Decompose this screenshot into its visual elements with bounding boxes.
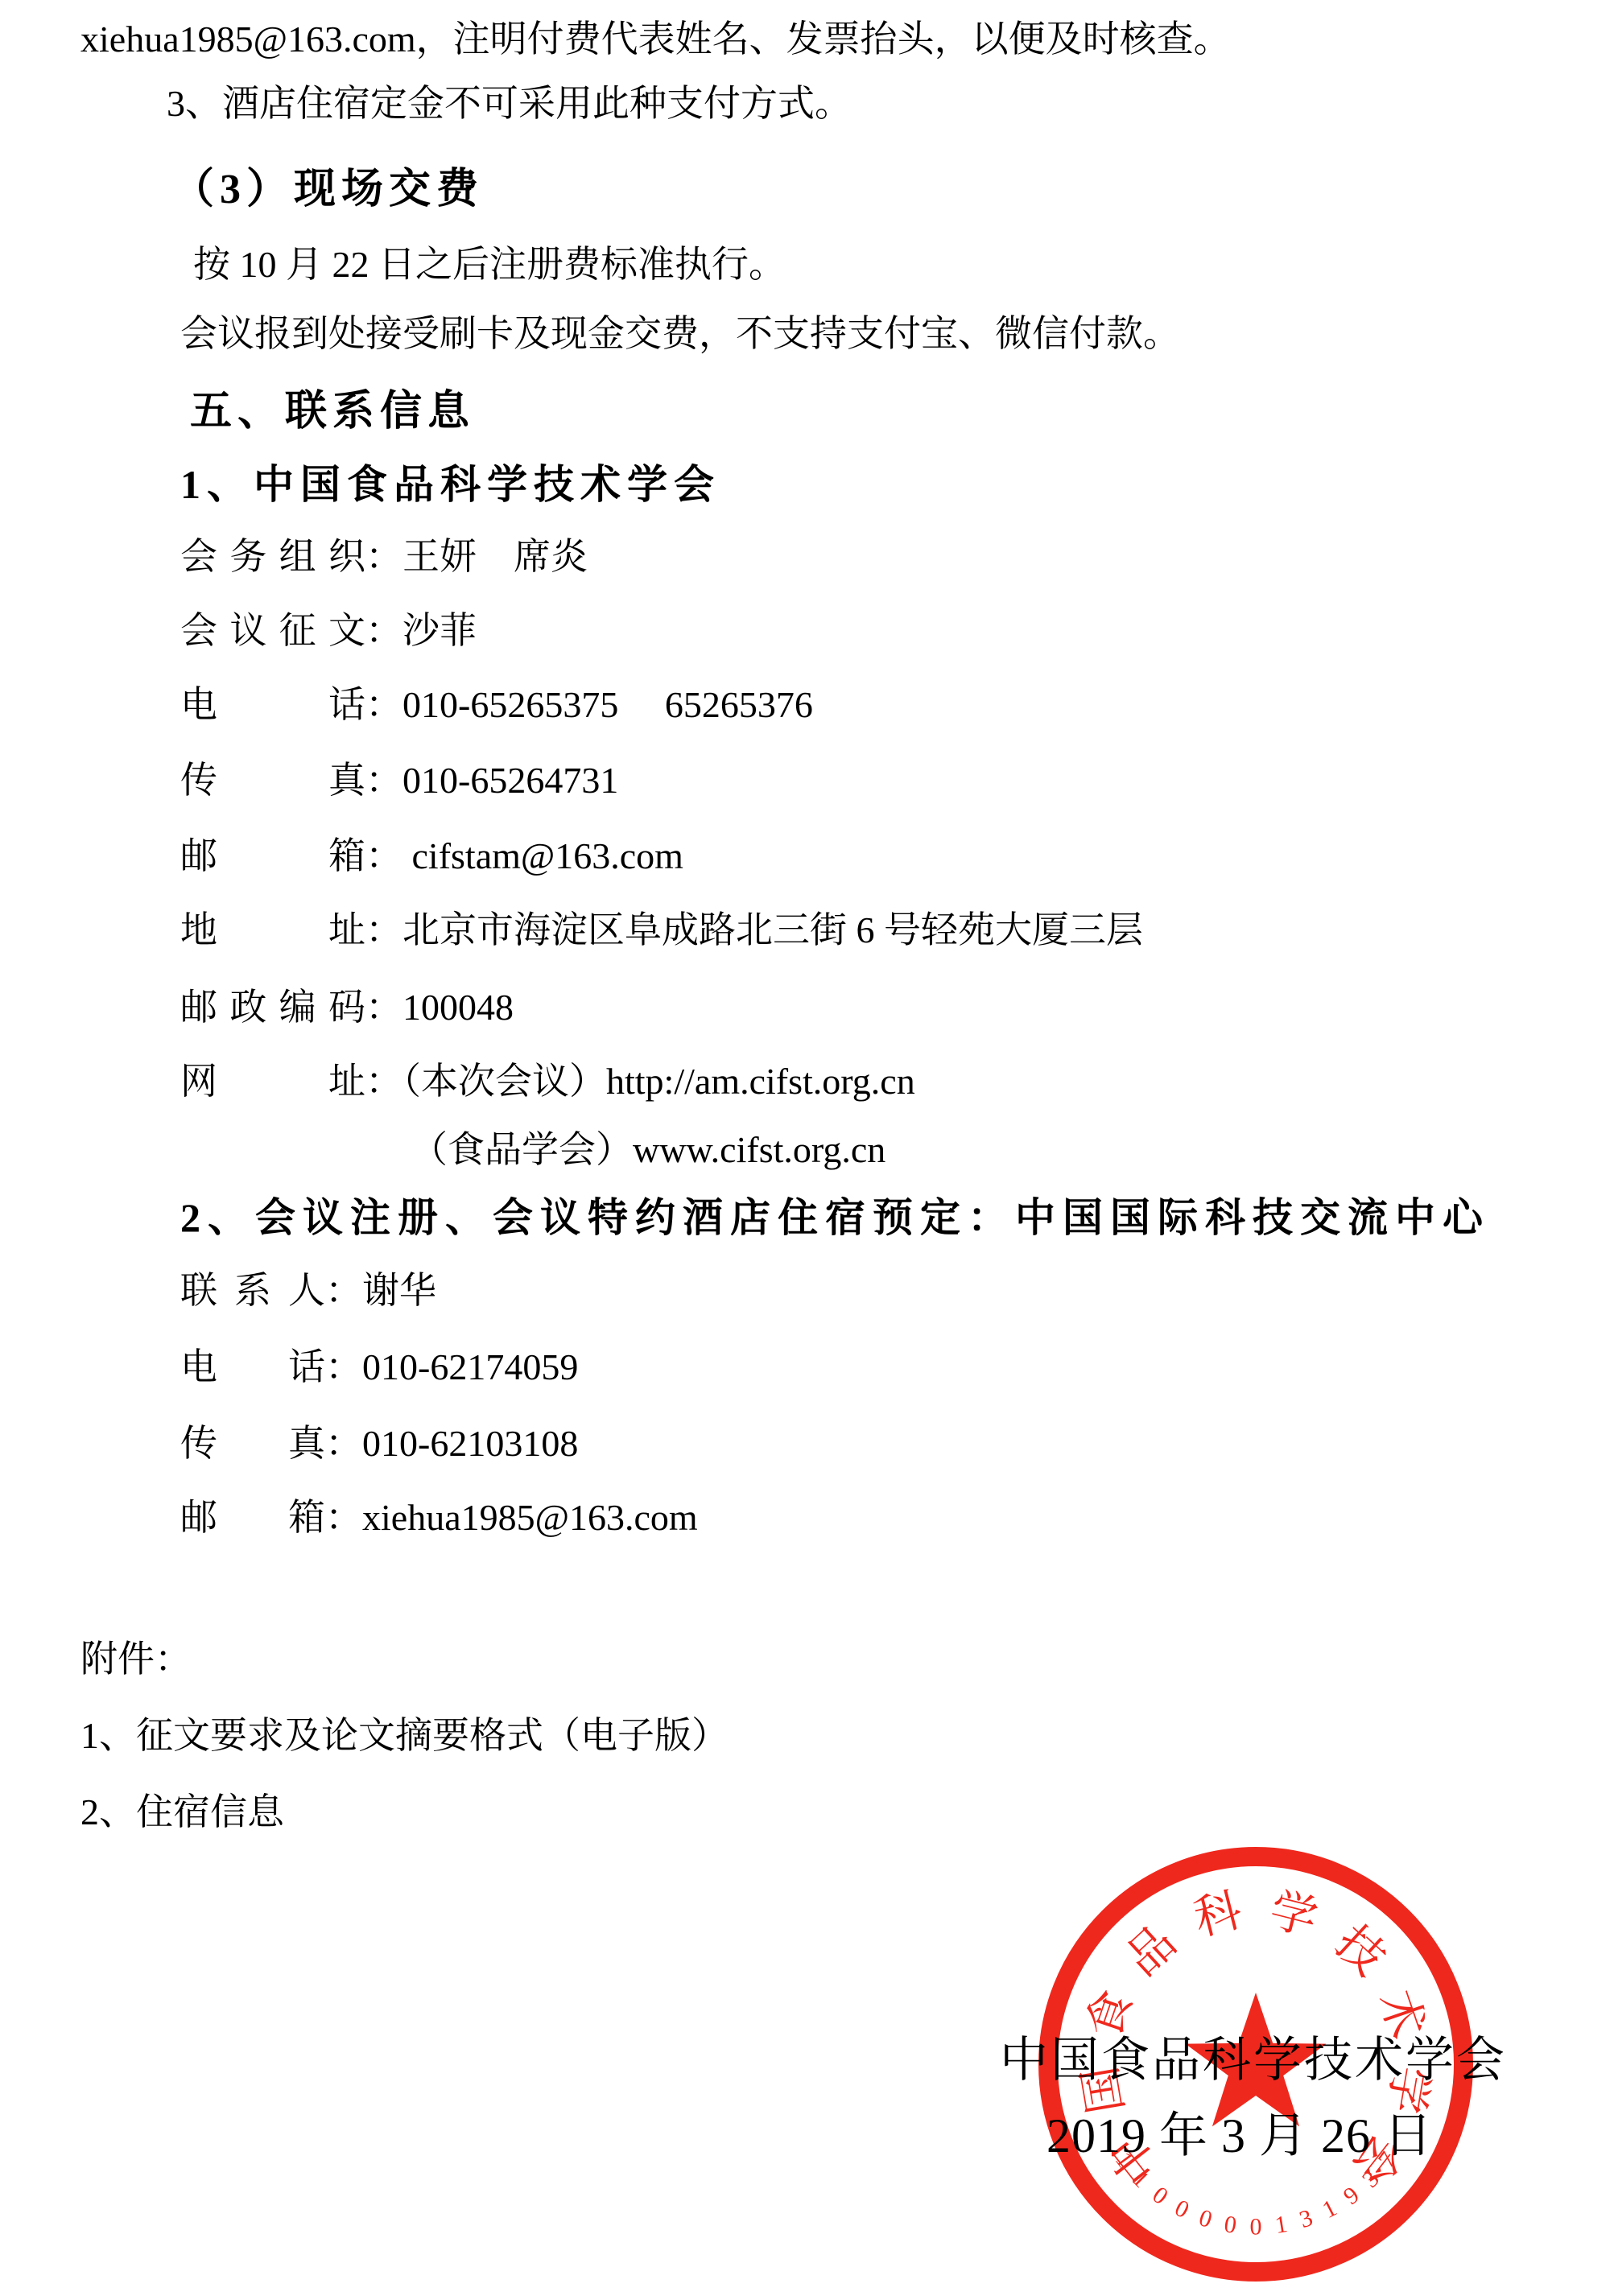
svg-text:0: 0 [1148,2182,1174,2211]
document-page: xiehua1985@163.com，注明付费代表姓名、发票抬头，以便及时核查。… [0,0,1614,2296]
row-colon: ： [365,909,402,950]
attachment-item-2: 2、住宿信息 [80,1789,284,1836]
org1-heading: 1、中国食品科学技术学会 [180,452,720,510]
svg-text:0: 0 [1250,2214,1262,2240]
svg-text:3: 3 [1296,2204,1315,2233]
org1-website-row: 网址：（本次会议）http://am.cifst.org.cn [180,1058,915,1105]
row-colon: ： [365,760,402,801]
svg-text:1: 1 [1127,2166,1154,2193]
row-label: 地址 [180,907,365,954]
onsite-fee-rule: 按 10 月 22 日之后注册费标准执行。 [193,241,786,288]
svg-text:0: 0 [1170,2195,1193,2224]
row-colon: ： [365,987,402,1028]
onsite-payment-heading: （3）现场交费 [172,155,484,215]
svg-text:0: 0 [1222,2211,1238,2239]
row-label: 传真 [180,757,365,804]
row-label: 联系人 [180,1268,325,1314]
org1-fax-row: 传真：010-65264731 [180,757,618,804]
row-label: 会务组织 [180,534,365,580]
signature-org-name: 中国食品科学技术学会 [1000,2022,1507,2091]
row-colon: ： [365,835,402,876]
row-label: 邮箱 [180,833,365,880]
org1-address-row: 地址：北京市海淀区阜成路北三街 6 号轻苑大厦三层 [180,907,1143,954]
row-label: 会议征文 [180,608,365,654]
row-value: 100048 [402,987,514,1028]
org1-papers-row: 会议征文：沙菲 [180,608,477,654]
row-value: 010-65264731 [402,760,618,801]
attachments-heading: 附件： [80,1636,192,1683]
row-label: 传真 [180,1420,325,1467]
svg-text:3: 3 [1357,2166,1385,2193]
payment-email-note: xiehua1985@163.com，注明付费代表姓名、发票抬头，以便及时核查。 [80,16,1231,63]
row-colon: ： [365,1061,402,1102]
org1-staff-row: 会务组织：王妍 席炎 [180,534,588,580]
row-colon: ： [325,1497,362,1538]
row-value: （本次会议）http://am.cifst.org.cn [402,1061,915,1102]
row-value: 沙菲 [402,610,477,651]
row-value: 010-62103108 [362,1423,578,1464]
attachment-item-1: 1、征文要求及论文摘要格式（电子版） [80,1713,729,1759]
row-colon: ： [365,536,402,577]
svg-text:1: 1 [1319,2195,1341,2224]
row-colon: ： [325,1346,362,1387]
org2-contact-row: 联系人：谢华 [180,1268,436,1314]
row-value: 谢华 [362,1270,436,1311]
svg-text:9: 9 [1339,2182,1364,2211]
row-colon: ： [365,610,402,651]
svg-text:0: 0 [1195,2204,1215,2233]
row-label: 邮箱 [180,1494,325,1541]
svg-text:技: 技 [1326,1915,1396,1985]
row-colon: ： [325,1270,362,1311]
row-value: 010-65265375 65265376 [402,684,813,725]
row-value: 北京市海淀区阜成路北三街 6 号轻苑大厦三层 [402,909,1143,950]
row-label: 电话 [180,1344,325,1391]
row-value: cifstam@163.com [402,835,683,876]
svg-text:学: 学 [1265,1883,1323,1945]
row-colon: ： [325,1423,362,1464]
org1-zipcode-row: 邮政编码：100048 [180,984,514,1031]
row-label: 网址 [180,1058,365,1105]
row-value: 010-62174059 [362,1346,578,1387]
row-label: 邮政编码 [180,984,365,1031]
svg-text:科: 科 [1189,1883,1247,1945]
signature-date: 2019 年 3 月 26 日 [1046,2097,1433,2166]
org1-email-row: 邮箱： cifstam@163.com [180,833,683,880]
hotel-deposit-note: 3、酒店住宿定金不可采用此种支付方式。 [167,80,852,127]
org2-fax-row: 传真：010-62103108 [180,1420,578,1467]
row-colon: ： [365,684,402,725]
row-value: 王妍 席炎 [402,536,588,577]
svg-text:品: 品 [1117,1915,1187,1985]
org1-website-line2: （食品学会）www.cifst.org.cn [411,1127,885,1173]
row-value: xiehua1985@163.com [362,1497,698,1538]
org2-heading: 2、会议注册、会议特约酒店住宿预定：中国国际科技交流中心 [180,1185,1490,1243]
org2-phone-row: 电话：010-62174059 [180,1344,578,1391]
row-label: 电话 [180,682,365,728]
svg-text:1: 1 [1273,2211,1290,2239]
org1-phone-row: 电话：010-65265375 65265376 [180,682,813,728]
org2-email-row: 邮箱：xiehua1985@163.com [180,1494,698,1541]
contact-info-heading: 五、联系信息 [190,377,475,437]
onsite-payment-method: 会议报到处接受刷卡及现金交费，不支持支付宝、微信付款。 [180,311,1180,357]
